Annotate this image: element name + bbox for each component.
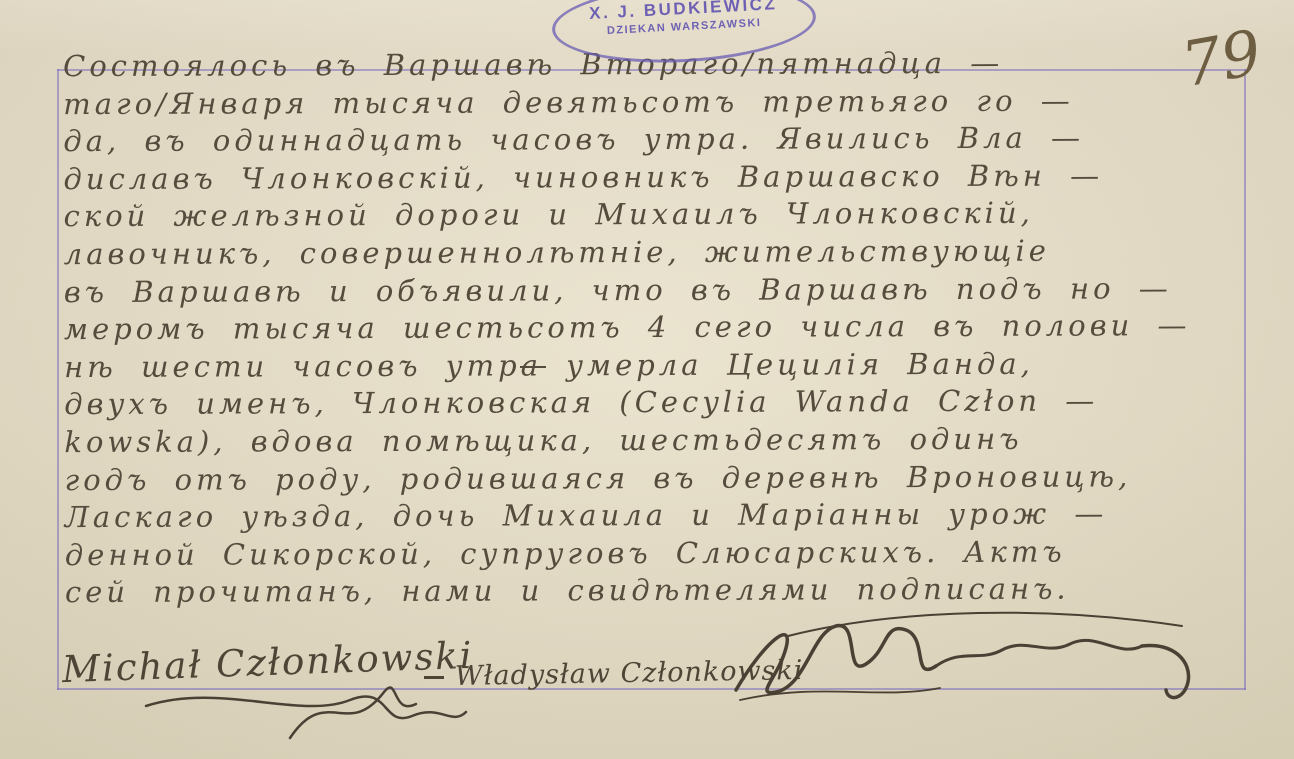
manuscript-line: нѣ шести часовъ утра умерла Цецилія Ванд… bbox=[64, 343, 1256, 385]
ruled-frame-left bbox=[57, 69, 59, 690]
manuscript-line: ской желѣзной дороги и Михаилъ Члонковск… bbox=[64, 192, 1256, 234]
page-number: 79 bbox=[1176, 16, 1266, 102]
house-number-underline bbox=[520, 366, 546, 368]
manuscript-line: да, въ одиннадцать часовъ утра. Явились … bbox=[63, 117, 1255, 159]
record-text: Состоялось въ Варшавѣ Втораго/пятнадца —… bbox=[63, 42, 1257, 610]
manuscript-line: двухъ именъ, Члонковская (Cecylia Wanda … bbox=[64, 380, 1256, 422]
registrar-signature-flourish bbox=[730, 604, 1220, 709]
manuscript-line: въ Варшавѣ и объявили, что въ Варшавѣ по… bbox=[64, 267, 1256, 309]
manuscript-line: kowska), вдова помѣщика, шестьдесятъ оди… bbox=[64, 418, 1256, 460]
manuscript-line: таго/Января тысяча девятьсотъ третьяго г… bbox=[63, 80, 1255, 122]
manuscript-line: Ласкаго уѣзда, дочь Михаила и Маріанны у… bbox=[65, 493, 1257, 535]
manuscript-line: диславъ Члонковскій, чиновникъ Варшавско… bbox=[63, 155, 1255, 197]
manuscript-line: денной Сикорской, супруговъ Слюсарскихъ.… bbox=[65, 531, 1257, 573]
manuscript-line: меромъ тысяча шестьсотъ 4 сего числа въ … bbox=[64, 305, 1256, 347]
signature-paraph-flourish bbox=[140, 676, 470, 746]
manuscript-line: лавочникъ, совершеннолѣтніе, жительствую… bbox=[64, 230, 1256, 272]
dash-mark bbox=[424, 676, 444, 679]
manuscript-page: X. J. BUDKIEWICZ DZIEKAN WARSZAWSKI 79 С… bbox=[0, 0, 1294, 759]
manuscript-line: годъ отъ роду, родившаяся въ деревнѣ Вро… bbox=[64, 455, 1256, 497]
